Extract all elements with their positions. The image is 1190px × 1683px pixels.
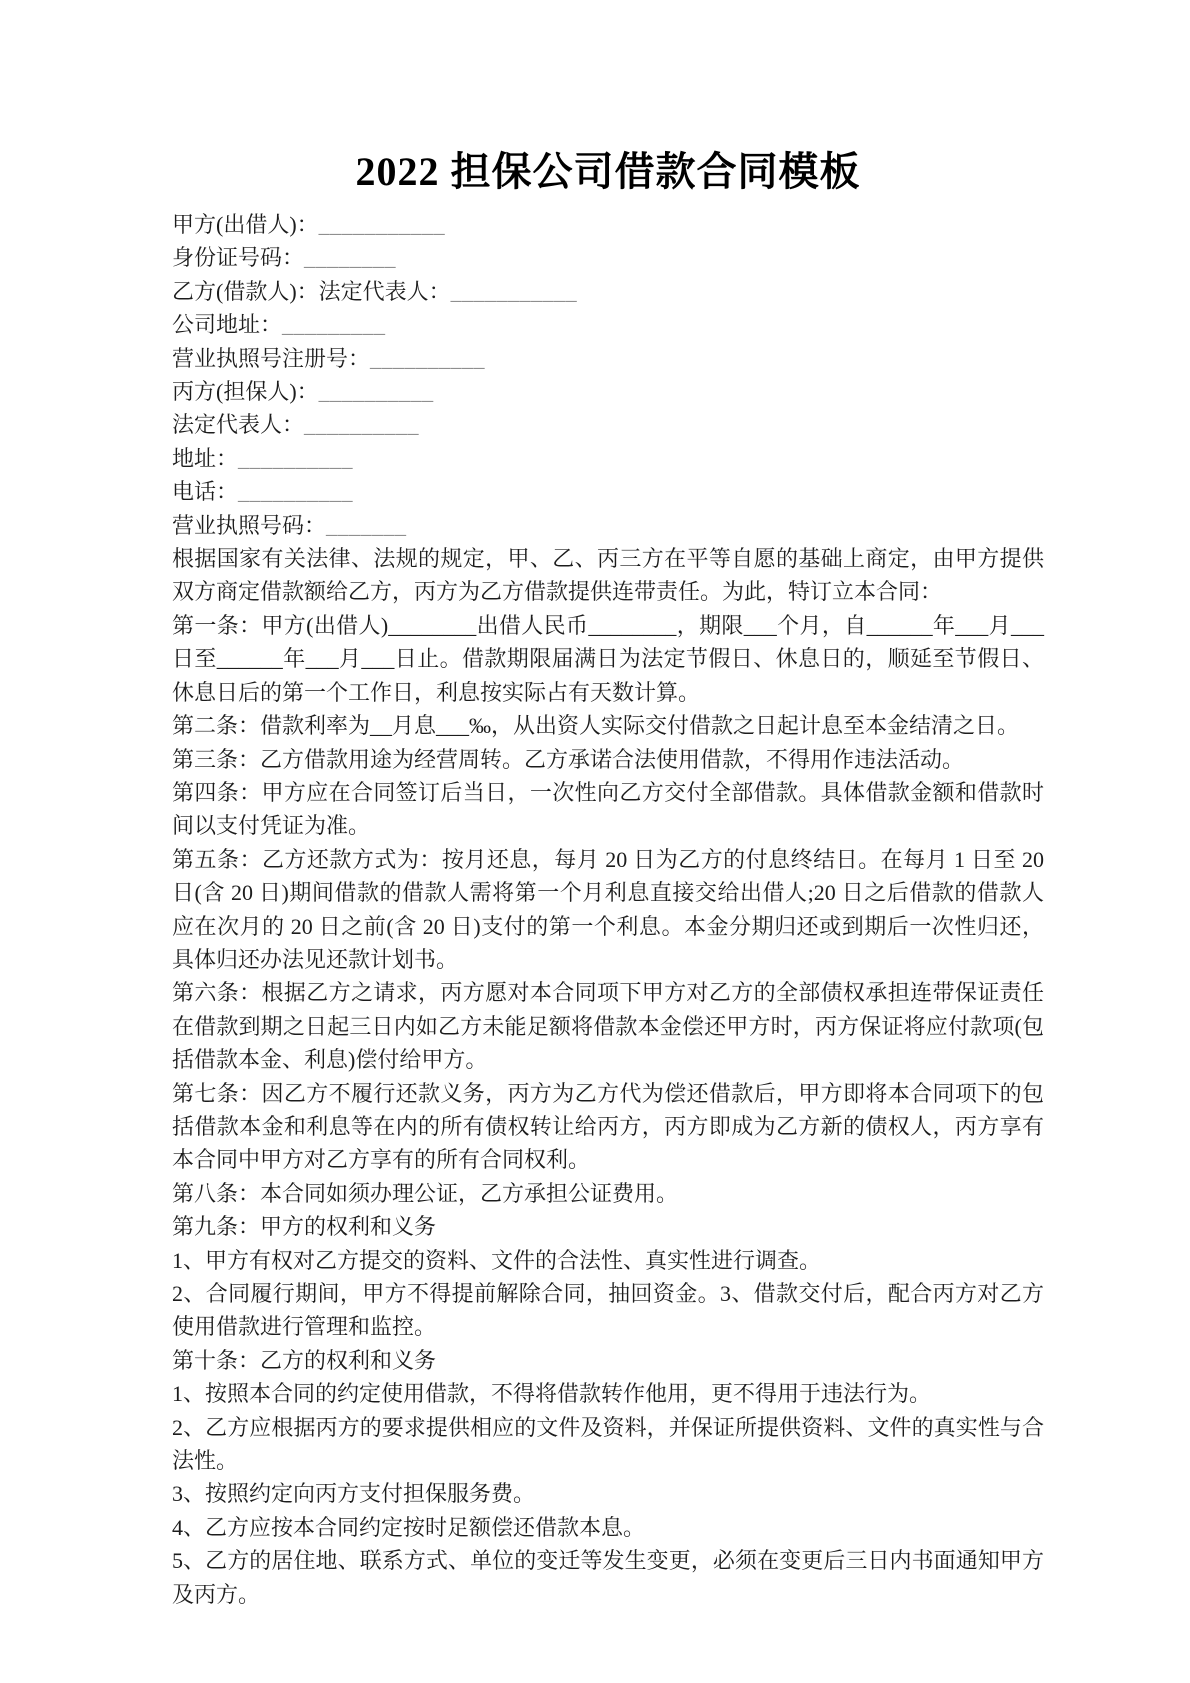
clause-10-item-2: 2、乙方应根据丙方的要求提供相应的文件及资料，并保证所提供资料、文件的真实性与合… [172,1411,1044,1478]
field-label: 地址： [172,446,238,471]
blank-line: __________ [370,346,485,371]
clause-10-heading: 第十条：乙方的权利和义务 [172,1344,1044,1377]
clause-7-paragraph: 第七条：因乙方不履行还款义务，丙方为乙方代为偿还借款后，甲方即将本合同项下的包括… [172,1077,1044,1177]
clause-5-paragraph: 第五条：乙方还款方式为：按月还息，每月 20 日为乙方的付息终结日。在每月 1 … [172,843,1044,977]
clause-10-item-1: 1、按照本合同的约定使用借款，不得将借款转作他用，更不得用于违法行为。 [172,1377,1044,1410]
blank-line: _______ [326,513,407,538]
document-title: 2022 担保公司借款合同模板 [172,148,1044,196]
field-business-license-number: 营业执照号码：_______ [172,509,1044,542]
field-business-license-reg-number: 营业执照号注册号：__________ [172,342,1044,375]
field-lender: 甲方(出借人)：___________ [172,208,1044,241]
field-company-address: 公司地址：_________ [172,308,1044,341]
clause-10-item-5: 5、乙方的居住地、联系方式、单位的变迁等发生变更，必须在变更后三日内书面通知甲方… [172,1544,1044,1611]
field-label: 法定代表人： [172,412,304,437]
clause-4-paragraph: 第四条：甲方应在合同签订后当日，一次性向乙方交付全部借款。具体借款金额和借款时间… [172,776,1044,843]
field-label: 身份证号码： [172,245,304,270]
field-guarantor: 丙方(担保人)：__________ [172,375,1044,408]
clause-3-paragraph: 第三条：乙方借款用途为经营周转。乙方承诺合法使用借款，不得用作违法活动。 [172,743,1044,776]
clause-9-item-2-3: 2、合同履行期间，甲方不得提前解除合同，抽回资金。3、借款交付后，配合丙方对乙方… [172,1277,1044,1344]
clause-9-item-1: 1、甲方有权对乙方提交的资料、文件的合法性、真实性进行调查。 [172,1244,1044,1277]
document-content: 2022 担保公司借款合同模板 甲方(出借人)：___________ 身份证号… [0,0,1190,1611]
blank-line: __________ [238,446,353,471]
clause-2-paragraph: 第二条：借款利率为__月息___‰，从出资人实际交付借款之日起计息至本金结清之日… [172,709,1044,742]
blank-line: ___________ [319,212,446,237]
blank-line: __________ [319,379,434,404]
field-label: 营业执照号注册号： [172,346,370,371]
field-label: 电话： [172,479,238,504]
document-page: 2022 担保公司借款合同模板 甲方(出借人)：___________ 身份证号… [0,0,1190,1683]
clause-8-paragraph: 第八条：本合同如须办理公证，乙方承担公证费用。 [172,1177,1044,1210]
preamble-paragraph: 根据国家有关法律、法规的规定，甲、乙、丙三方在平等自愿的基础上商定，由甲方提供双… [172,542,1044,609]
field-legal-representative: 法定代表人：__________ [172,408,1044,441]
clause-9-heading: 第九条：甲方的权利和义务 [172,1210,1044,1243]
blank-line: __________ [304,412,419,437]
field-label: 营业执照号码： [172,513,326,538]
field-borrower-legal-rep: 乙方(借款人)：法定代表人：___________ [172,275,1044,308]
blank-line: ________ [304,245,396,270]
field-label: 甲方(出借人)： [172,212,319,237]
blank-line: _________ [282,312,386,337]
field-address: 地址：__________ [172,442,1044,475]
field-label: 公司地址： [172,312,282,337]
field-id-number: 身份证号码：________ [172,241,1044,274]
field-label: 乙方(借款人)：法定代表人： [172,279,451,304]
clause-6-paragraph: 第六条：根据乙方之请求，丙方愿对本合同项下甲方对乙方的全部债权承担连带保证责任在… [172,976,1044,1076]
field-phone: 电话：__________ [172,475,1044,508]
clause-10-item-4: 4、乙方应按本合同约定按时足额偿还借款本息。 [172,1511,1044,1544]
blank-line: ___________ [451,279,578,304]
blank-line: __________ [238,479,353,504]
clause-1-paragraph: 第一条：甲方(出借人)________出借人民币________，期限___个月… [172,609,1044,709]
clause-10-item-3: 3、按照约定向丙方支付担保服务费。 [172,1477,1044,1510]
field-label: 丙方(担保人)： [172,379,319,404]
